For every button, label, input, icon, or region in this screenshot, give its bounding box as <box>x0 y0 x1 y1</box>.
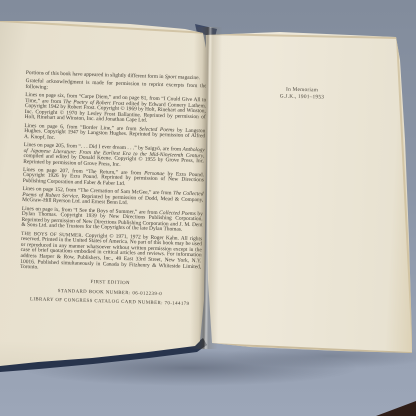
library-of-congress-line: LIBRARY OF CONGRESS CATALOG CARD NUMBER:… <box>19 297 200 308</box>
edition-line: FIRST EDITION <box>20 278 201 289</box>
photo-backdrop: Portions of this book have appeared in s… <box>0 0 416 416</box>
acknowledgment-paragraph: Lines on page six, from “Carpe Diem,” an… <box>25 93 207 126</box>
memorial-line-2: G.J.K., 1901–1953 <box>250 93 354 102</box>
memorial-text: In Memoriam G.J.K., 1901–1953 <box>250 86 354 103</box>
acknowledgment-paragraph: Lines on page 205, from “. . . Did I eve… <box>23 143 205 171</box>
copyright-text-block: Portions of this book have appeared in s… <box>19 71 207 308</box>
standard-book-number-line: STANDARD BOOK NUMBER: 06-012239-0 <box>19 287 200 298</box>
acknowledgment-paragraph: THE BOYS OF SUMMER. Copyright © 1971, 19… <box>20 232 202 277</box>
acknowledgment-paragraph: Lines on page ix, from “I See the Boys o… <box>21 207 203 235</box>
acknowledgments: Portions of this book have appeared in s… <box>20 71 207 276</box>
gutter-shadow <box>190 27 222 349</box>
edition-block: FIRST EDITION STANDARD BOOK NUMBER: 06-0… <box>19 278 201 309</box>
